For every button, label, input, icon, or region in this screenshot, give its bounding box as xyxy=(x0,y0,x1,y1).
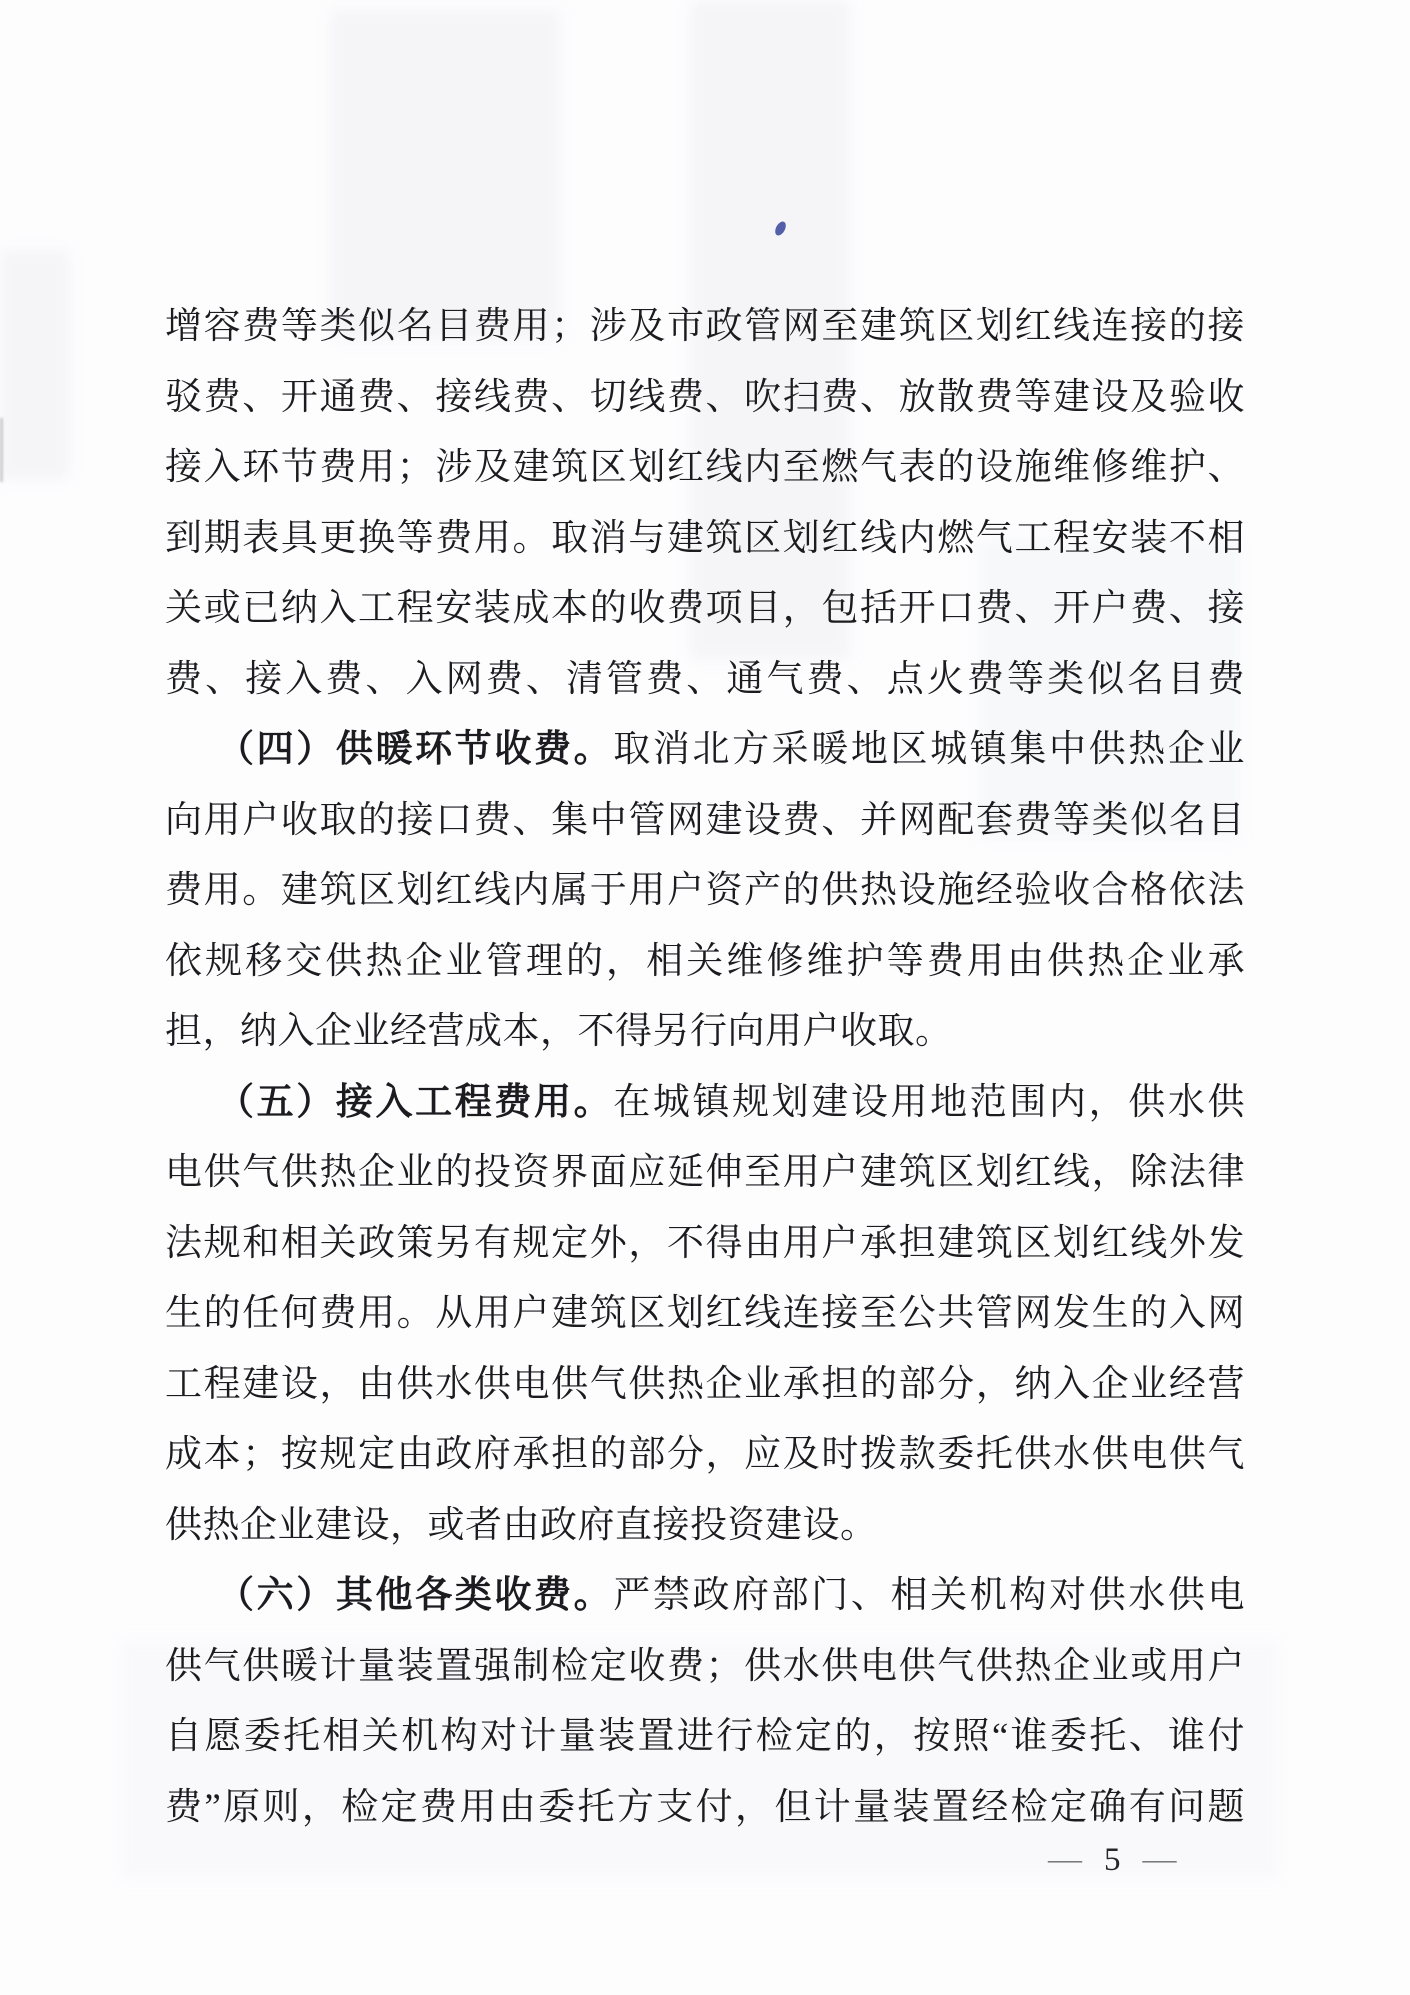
text-segment: 取消北方采暖地区城镇集中供热企业 xyxy=(613,729,1245,770)
text-line: 驳费、开通费、接线费、切线费、吹扫费、放散费等建设及验收 xyxy=(165,363,1245,434)
text-line: 向用户收取的接口费、集中管网建设费、并网配套费等类似名目 xyxy=(165,786,1245,857)
text-line: 自愿委托相关机构对计量装置进行检定的，按照“谁委托、谁付 xyxy=(165,1702,1245,1773)
page-number: 5 xyxy=(1104,1844,1121,1877)
text-line: 到期表具更换等费用。取消与建筑区划红线内燃气工程安装不相 xyxy=(165,504,1245,575)
text-line: 担，纳入企业经营成本，不得另行向用户收取。 xyxy=(165,997,1245,1068)
text-line: 供气供暖计量装置强制检定收费；供水供电供气供热企业或用户 xyxy=(165,1632,1245,1703)
text-line: 工程建设，由供水供电供气供热企业承担的部分，纳入企业经营 xyxy=(165,1350,1245,1421)
text-segment: 严禁政府部门、相关机构对供水供电 xyxy=(613,1575,1245,1616)
text-line: 成本；按规定由政府承担的部分，应及时拨款委托供水供电供气 xyxy=(165,1420,1245,1491)
section-heading: （五）接入工程费用。 xyxy=(217,1082,613,1123)
text-line: 接入环节费用；涉及建筑区划红线内至燃气表的设施维修维护、 xyxy=(165,433,1245,504)
text-line: 关或已纳入工程安装成本的收费项目，包括开口费、开户费、接口 xyxy=(165,574,1245,645)
footer-dash-right: — xyxy=(1143,1846,1177,1873)
text-line: 增容费等类似名目费用；涉及市政管网至建筑区划红线连接的接 xyxy=(165,292,1245,363)
ink-dot xyxy=(773,220,788,237)
text-line: （六）其他各类收费。严禁政府部门、相关机构对供水供电 xyxy=(165,1561,1245,1632)
section-heading: （六）其他各类收费。 xyxy=(217,1575,613,1616)
text-line: 法规和相关政策另有规定外，不得由用户承担建筑区划红线外发 xyxy=(165,1209,1245,1280)
page-footer: — 5 — xyxy=(1048,1843,1177,1877)
text-line: （五）接入工程费用。在城镇规划建设用地范围内，供水供 xyxy=(165,1068,1245,1139)
scan-artifact xyxy=(330,10,560,340)
text-line: 供热企业建设，或者由政府直接投资建设。 xyxy=(165,1491,1245,1562)
footer-dash-left: — xyxy=(1048,1846,1082,1873)
scan-artifact xyxy=(0,250,70,480)
section-heading: （四）供暖环节收费。 xyxy=(217,729,613,770)
scan-edge-mark xyxy=(0,418,3,482)
text-line: 费用。建筑区划红线内属于用户资产的供热设施经验收合格依法 xyxy=(165,856,1245,927)
text-line: 依规移交供热企业管理的，相关维修维护等费用由供热企业承 xyxy=(165,927,1245,998)
text-line: 生的任何费用。从用户建筑区划红线连接至公共管网发生的入网 xyxy=(165,1279,1245,1350)
document-body: 增容费等类似名目费用；涉及市政管网至建筑区划红线连接的接 驳费、开通费、接线费、… xyxy=(165,292,1245,1843)
text-line: 费、接入费、入网费、清管费、通气费、点火费等类似名目费用。 xyxy=(165,645,1245,716)
text-line: 电供气供热企业的投资界面应延伸至用户建筑区划红线，除法律 xyxy=(165,1138,1245,1209)
text-segment: 在城镇规划建设用地范围内，供水供 xyxy=(613,1082,1245,1123)
text-line: 费”原则，检定费用由委托方支付，但计量装置经检定确有问题 xyxy=(165,1773,1245,1844)
scanned-document-page: 增容费等类似名目费用；涉及市政管网至建筑区划红线连接的接 驳费、开通费、接线费、… xyxy=(0,0,1410,1995)
text-line: （四）供暖环节收费。取消北方采暖地区城镇集中供热企业 xyxy=(165,715,1245,786)
